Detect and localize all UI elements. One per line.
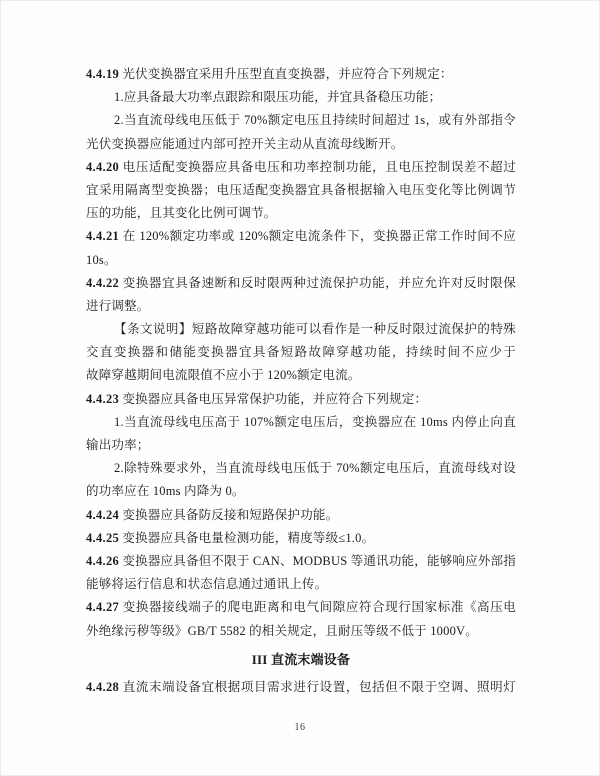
page-number: 16 — [1, 722, 599, 733]
text-line: 10s。 — [86, 249, 516, 272]
paragraph: 4.4.24 变换器应具备防反接和短路保护功能。 — [86, 504, 516, 527]
paragraph: 4.4.26 变换器应具备但不限于 CAN、MODBUS 等通讯功能，能够响应外… — [86, 550, 516, 596]
paragraph: 4.4.25 变换器应具备电量检测功能，精度等级≤1.0。 — [86, 527, 516, 550]
text-line: 交直变换器和储能变换器宜具备短路故障穿越功能，持续时间不应少于 625ms，且 — [86, 341, 516, 364]
paragraph: 4.4.20 电压适配变换器应具备电压和功率控制功能，且电压控制误差不超过 1.… — [86, 156, 516, 226]
clause-number: 4.4.27 — [86, 600, 119, 614]
clause-number: 4.4.20 — [86, 160, 119, 174]
clause-number: 4.4.23 — [86, 392, 119, 406]
text-line: 【条文说明】短路故障穿越功能可以看作是一种反时限过流保护的特殊形式， — [86, 318, 516, 341]
text-line: 的功率应在 10ms 内降为 0。 — [86, 480, 516, 503]
paragraph: 4.4.23 变换器应具备电压异常保护功能，并应符合下列规定： — [86, 388, 516, 411]
text-line: III 直流末端设备 — [86, 648, 516, 671]
paragraph: 4.4.21 在 120%额定功率或 120%额定电流条件下，变换器正常工作时间… — [86, 225, 516, 271]
text-line: 宜采用隔离型变换器；电压适配变换器宜具备根据输入电压变化等比例调节输出电 — [86, 179, 516, 202]
clause-number: 4.4.24 — [86, 508, 119, 522]
paragraph: 2.除特殊要求外，当直流母线电压低于 70%额定电压后，直流母线对设备输出的功率… — [86, 457, 516, 503]
paragraph: 1.应具备最大功率点跟踪和限压功能，并宜具备稳压功能； — [86, 86, 516, 109]
text-line: 1.应具备最大功率点跟踪和限压功能，并宜具备稳压功能； — [86, 86, 516, 109]
text-line: 1.当直流母线电压高于 107%额定电压后，变换器应在 10ms 内停止向直流母… — [86, 411, 516, 434]
clause-number: 4.4.22 — [86, 276, 119, 290]
paragraph: 【条文说明】短路故障穿越功能可以看作是一种反时限过流保护的特殊形式，交直变换器和… — [86, 318, 516, 388]
section-heading: III 直流末端设备 — [86, 648, 516, 671]
document-body: 4.4.19 光伏变换器宜采用升压型直直变换器，并应符合下列规定：1.应具备最大… — [86, 63, 516, 699]
document-page: 4.4.19 光伏变换器宜采用升压型直直变换器，并应符合下列规定：1.应具备最大… — [0, 0, 600, 776]
text-line: 光伏变换器应能通过内部可控开关主动从直流母线断开。 — [86, 133, 516, 156]
clause-number: 4.4.28 — [86, 680, 119, 694]
text-line: 4.4.25 变换器应具备电量检测功能，精度等级≤1.0。 — [86, 527, 516, 550]
text-line: 进行调整。 — [86, 295, 516, 318]
text-line: 压的功能，且其变化比例可调节。 — [86, 202, 516, 225]
text-line: 4.4.23 变换器应具备电压异常保护功能，并应符合下列规定： — [86, 388, 516, 411]
text-line: 输出功率； — [86, 434, 516, 457]
text-line: 故障穿越期间电流限值不应小于 120%额定电流。 — [86, 364, 516, 387]
clause-number: 4.4.19 — [86, 67, 119, 81]
paragraph: 4.4.19 光伏变换器宜采用升压型直直变换器，并应符合下列规定： — [86, 63, 516, 86]
text-line: 4.4.19 光伏变换器宜采用升压型直直变换器，并应符合下列规定： — [86, 63, 516, 86]
paragraph: 4.4.28 直流末端设备宜根据项目需求进行设置，包括但不限于空调、照明灯具、插 — [86, 676, 516, 699]
text-line: 4.4.24 变换器应具备防反接和短路保护功能。 — [86, 504, 516, 527]
paragraph: 4.4.22 变换器宜具备速断和反时限两种过流保护功能，并应允许对反时限保护特性… — [86, 272, 516, 318]
text-line: 4.4.22 变换器宜具备速断和反时限两种过流保护功能，并应允许对反时限保护特性 — [86, 272, 516, 295]
text-line: 外绝缘污秽等级》GB/T 5582 的相关规定，且耐压等级不低于 1000V。 — [86, 620, 516, 643]
text-line: 4.4.21 在 120%额定功率或 120%额定电流条件下，变换器正常工作时间… — [86, 225, 516, 248]
text-line: 4.4.28 直流末端设备宜根据项目需求进行设置，包括但不限于空调、照明灯具、插 — [86, 676, 516, 699]
text-line: 4.4.27 变换器接线端子的爬电距离和电气间隙应符合现行国家标准《高压电力设备 — [86, 596, 516, 619]
text-line: 能够将运行信息和状态信息通过通讯上传。 — [86, 573, 516, 596]
paragraph: 4.4.27 变换器接线端子的爬电距离和电气间隙应符合现行国家标准《高压电力设备… — [86, 596, 516, 642]
text-line: 4.4.26 变换器应具备但不限于 CAN、MODBUS 等通讯功能，能够响应外… — [86, 550, 516, 573]
text-line: 2.当直流母线电压低于 70%额定电压且持续时间超过 1s，或有外部指令要求时， — [86, 109, 516, 132]
paragraph: 1.当直流母线电压高于 107%额定电压后，变换器应在 10ms 内停止向直流母… — [86, 411, 516, 457]
text-line: 2.除特殊要求外，当直流母线电压低于 70%额定电压后，直流母线对设备输出 — [86, 457, 516, 480]
text-line: 4.4.20 电压适配变换器应具备电压和功率控制功能，且电压控制误差不超过 1.… — [86, 156, 516, 179]
clause-number: 4.4.25 — [86, 531, 119, 545]
paragraph: 2.当直流母线电压低于 70%额定电压且持续时间超过 1s，或有外部指令要求时，… — [86, 109, 516, 155]
clause-number: 4.4.26 — [86, 554, 119, 568]
clause-number: 4.4.21 — [86, 229, 119, 243]
